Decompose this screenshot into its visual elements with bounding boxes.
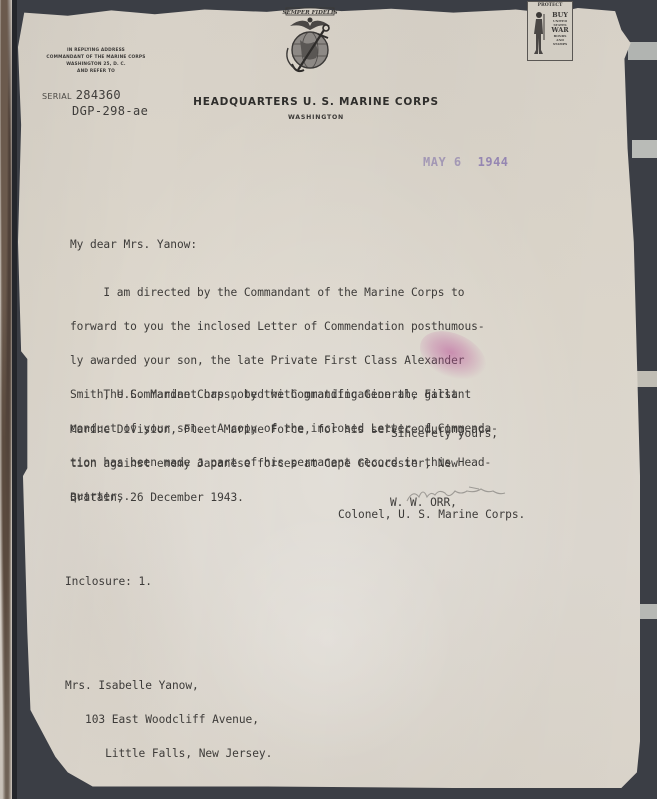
closing: Sincerely yours,	[391, 428, 498, 439]
signer-rank: Colonel, U. S. Marine Corps.	[338, 509, 525, 520]
war-bonds-war: WAR	[550, 27, 570, 34]
eagle-globe-anchor-icon: SEMPER FIDELIS	[270, 4, 350, 80]
tape-strip	[628, 42, 657, 60]
paragraph-line: I am directed by the Commandant of the M…	[70, 287, 491, 298]
address-line: 103 East Woodcliff Avenue,	[65, 714, 272, 725]
reply-line: COMMANDANT OF THE MARINE CORPS	[40, 54, 152, 61]
date-stamp-year: 1944	[478, 155, 509, 169]
file-code: DGP-298-ae	[72, 104, 148, 118]
war-bonds-text: BUY UNITED STATES WAR BONDS AND STAMPS	[550, 12, 570, 46]
reply-line: AND REFER TO	[40, 68, 152, 75]
recipient-address: Mrs. Isabelle Yanow, 103 East Woodcliff …	[65, 657, 272, 771]
paragraph-line: forward to you the inclosed Letter of Co…	[70, 321, 491, 332]
tape-strip	[636, 371, 657, 387]
inclosure-note: Inclosure: 1.	[65, 576, 152, 587]
war-bonds-top: PROTECT	[530, 3, 570, 8]
paragraph-line: tion has been made a part of his permane…	[70, 457, 498, 468]
reply-instructions: IN REPLYING ADDRESS COMMANDANT OF THE MA…	[40, 47, 152, 75]
tape-strip	[632, 140, 657, 158]
reply-line: WASHINGTON 25, D. C.	[40, 61, 152, 68]
paragraph-line: The Commandant has noted with gratificat…	[70, 389, 498, 400]
serial-label: SERIAL	[42, 92, 72, 101]
war-bonds-small: STAMPS	[550, 42, 570, 46]
frame-edge	[12, 0, 17, 799]
war-bonds-buy: BUY	[550, 12, 570, 19]
address-line: Little Falls, New Jersey.	[65, 748, 272, 759]
signer-name: W. W. ORR,	[390, 497, 457, 508]
letterhead-location: WASHINGTON	[236, 114, 396, 121]
tape-strip	[640, 604, 657, 619]
svg-text:SEMPER FIDELIS: SEMPER FIDELIS	[283, 10, 338, 16]
letterhead-title: HEADQUARTERS U. S. MARINE CORPS	[186, 96, 446, 108]
date-stamp-day: MAY 6	[423, 155, 462, 169]
date-stamp: MAY 61944	[423, 155, 509, 169]
address-line: Mrs. Isabelle Yanow,	[65, 680, 272, 691]
serial-number: 284360	[76, 88, 121, 102]
serial-line: SERIAL284360	[42, 88, 121, 102]
salutation: My dear Mrs. Yanow:	[70, 239, 197, 250]
reply-line: IN REPLYING ADDRESS	[40, 47, 152, 54]
soldier-icon	[531, 10, 548, 56]
war-bonds-seal: PROTECT BUY UNITED STATES WAR BONDS AND …	[527, 1, 573, 61]
